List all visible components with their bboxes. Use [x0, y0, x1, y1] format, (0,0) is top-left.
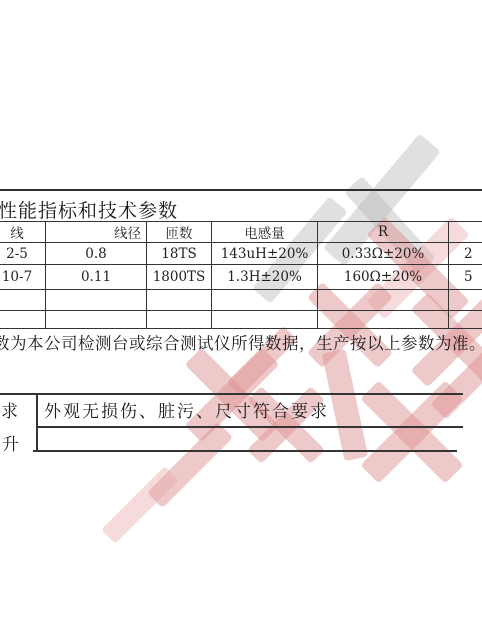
cell-diameter: [46, 311, 147, 329]
cell-resistance: 0.33Ω±20%: [318, 243, 449, 265]
requirement-label: 升: [2, 430, 19, 455]
cell-inductance: 1.3H±20%: [212, 265, 318, 290]
cell-extra: 5: [449, 265, 482, 290]
requirements-divider-line: [36, 393, 38, 451]
header-resistance: R: [318, 222, 449, 243]
cell-wire: 2-5: [0, 243, 46, 265]
cell-wire: 10-7: [0, 265, 46, 290]
table-row: 10-7 0.11 1800TS 1.3H±20% 160Ω±20% 5: [0, 265, 482, 290]
cell-extra: [449, 290, 482, 311]
cell-inductance: [212, 290, 318, 311]
document-page: 性能指标和技术参数 线 线径 匝数 电感量 R 2-5 0.8 18TS 143…: [0, 0, 482, 643]
cell-wire: [0, 311, 46, 329]
cell-diameter: 0.8: [46, 243, 147, 265]
header-wire-diameter: 线径: [46, 222, 147, 243]
requirement-content: 外观无损伤、脏污、尺寸符合要求: [44, 397, 474, 422]
cell-turns: 18TS: [147, 243, 212, 265]
document-content: 性能指标和技术参数 线 线径 匝数 电感量 R 2-5 0.8 18TS 143…: [0, 0, 482, 643]
header-wire: 线: [0, 222, 46, 243]
cell-extra: [449, 311, 482, 329]
cell-turns: [147, 290, 212, 311]
table-row: [0, 311, 482, 329]
table-row: 2-5 0.8 18TS 143uH±20% 0.33Ω±20% 2: [0, 243, 482, 265]
cell-diameter: 0.11: [46, 265, 147, 290]
requirements-mid-line: [36, 426, 463, 428]
table-row: [0, 290, 482, 311]
header-turns: 匝数: [147, 222, 212, 243]
cell-turns: [147, 311, 212, 329]
requirement-label: 求: [1, 397, 18, 422]
cell-inductance: 143uH±20%: [212, 243, 318, 265]
cell-turns: 1800TS: [147, 265, 212, 290]
section-title: 性能指标和技术参数: [0, 196, 178, 223]
cell-resistance: [318, 290, 449, 311]
cell-inductance: [212, 311, 318, 329]
requirements-top-line: [0, 393, 463, 395]
cell-diameter: [46, 290, 147, 311]
requirements-bottom-line: [33, 450, 457, 452]
cell-extra: 2: [449, 243, 482, 265]
cell-resistance: [318, 311, 449, 329]
note-text: 数为本公司检测台或综合测试仪所得数据，生产按以上参数为准。: [0, 330, 482, 354]
spec-header-row: 线 线径 匝数 电感量 R: [0, 222, 482, 243]
cell-wire: [0, 290, 46, 311]
header-extra: [449, 222, 482, 243]
spec-table: 线 线径 匝数 电感量 R 2-5 0.8 18TS 143uH±20% 0.3…: [0, 221, 482, 329]
cell-resistance: 160Ω±20%: [318, 265, 449, 290]
header-inductance: 电感量: [212, 222, 318, 243]
section-divider-line: [0, 189, 482, 191]
